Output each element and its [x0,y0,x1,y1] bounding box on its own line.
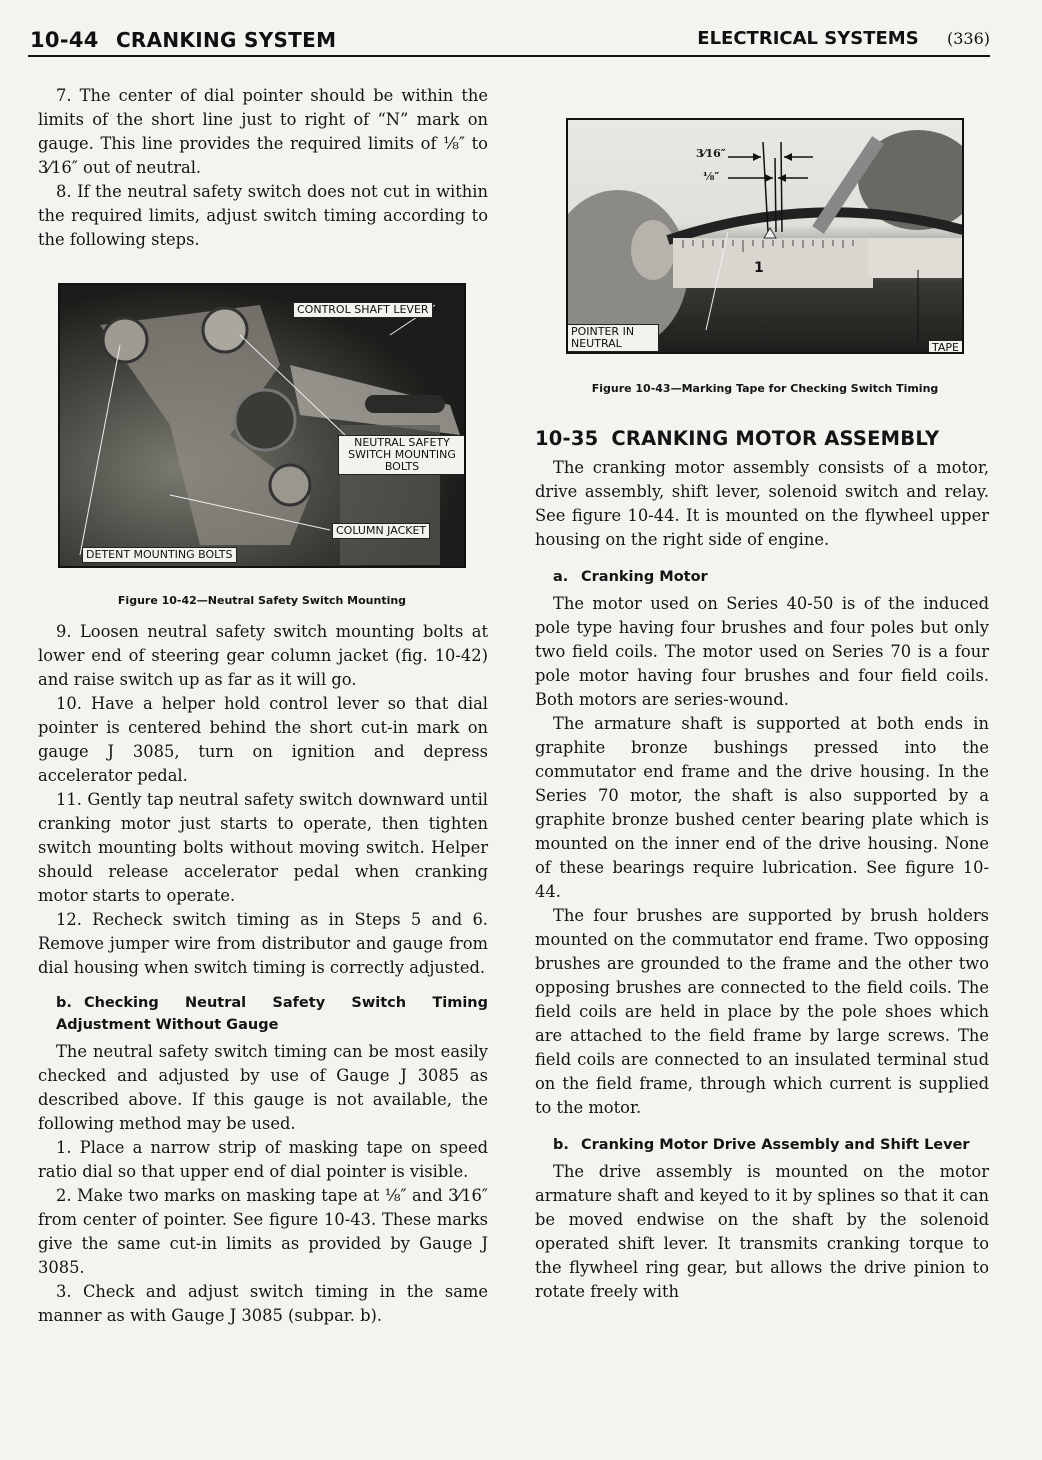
subsection-a-para-1: The motor used on Series 40-50 is of the… [535,592,989,712]
callout-column-jacket: COLUMN JACKET [332,523,430,539]
step-7: 7. The center of dial pointer should be … [38,84,488,180]
subsection-b-heading-right: b.Cranking Motor Drive Assembly and Shif… [535,1134,989,1156]
left-intro: 7. The center of dial pointer should be … [38,84,488,252]
section-number: 10-35 [535,427,598,450]
subsection-title: Cranking Motor [581,569,708,585]
figure-10-43-caption: Figure 10-43—Marking Tape for Checking S… [566,382,964,395]
subsection-b-para-1: The drive assembly is mounted on the mot… [535,1160,989,1304]
step-12: 12. Recheck switch timing as in Steps 5 … [38,908,488,980]
subsection-title: Cranking Motor Drive Assembly and Shift … [581,1137,970,1153]
callout-control-shaft-lever: CONTROL SHAFT LEVER [293,302,433,318]
marking-tape-illustration [568,120,964,354]
label-three-sixteenths: 3⁄16″ [696,147,726,160]
callout-tape: TAPE [928,340,963,354]
section-intro: The cranking motor assembly consists of … [535,456,989,552]
subsection-a-heading: a.Cranking Motor [535,566,989,588]
subsection-label: b. [56,992,84,1014]
subsection-label: a. [553,566,581,588]
section-title: CRANKING SYSTEM [116,28,336,52]
subsection-b-step-1: 1. Place a narrow strip of masking tape … [38,1136,488,1184]
step-9: 9. Loosen neutral safety switch mounting… [38,620,488,692]
step-11: 11. Gently tap neutral safety switch dow… [38,788,488,908]
label-one-eighth: ⅛″ [703,170,719,183]
running-header-right: ELECTRICAL SYSTEMS (336) [697,28,990,49]
subsection-a-para-2: The armature shaft is supported at both … [535,712,989,904]
header-rule [28,55,990,57]
callout-pointer-in-neutral: POINTER IN NEUTRAL [567,324,659,352]
figure-10-42-caption: Figure 10-42—Neutral Safety Switch Mount… [58,594,466,607]
step-10: 10. Have a helper hold control lever so … [38,692,488,788]
section-title: CRANKING MOTOR ASSEMBLY [611,427,939,450]
callout-neutral-safety-switch-bolts: NEUTRAL SAFETY SWITCH MOUNTING BOLTS [338,435,466,475]
step-8: 8. If the neutral safety switch does not… [38,180,488,252]
right-column-text: 10-35 CRANKING MOTOR ASSEMBLY The cranki… [535,426,989,1304]
subsection-b-step-3: 3. Check and adjust switch timing in the… [38,1280,488,1328]
subsection-b-para-1: The neutral safety switch timing can be … [38,1040,488,1136]
callout-detent-mounting-bolts: DETENT MOUNTING BOLTS [82,547,237,563]
subsection-a-para-3: The four brushes are supported by brush … [535,904,989,1120]
subsection-label: b. [553,1134,581,1156]
page-number: (336) [947,29,990,48]
ruler-mark-1: 1 [754,260,764,276]
figure-10-43-photo: 3⁄16″ ⅛″ 1 POINTER IN NEUTRAL TAPE [566,118,964,354]
subsection-title: Checking Neutral Safety Switch Timing Ad… [56,995,488,1033]
running-header-left: 10-44 CRANKING SYSTEM [30,28,336,52]
section-10-35-heading: 10-35 CRANKING MOTOR ASSEMBLY [535,426,989,452]
subsection-b-step-2: 2. Make two marks on masking tape at ⅛″ … [38,1184,488,1280]
left-steps: 9. Loosen neutral safety switch mounting… [38,620,488,1328]
subsection-b-heading-left: b.Checking Neutral Safety Switch Timing … [38,992,488,1036]
figure-10-42-photo: CONTROL SHAFT LEVER NEUTRAL SAFETY SWITC… [58,283,466,568]
section-number: 10-44 [30,28,99,52]
chapter-title: ELECTRICAL SYSTEMS [697,28,918,49]
